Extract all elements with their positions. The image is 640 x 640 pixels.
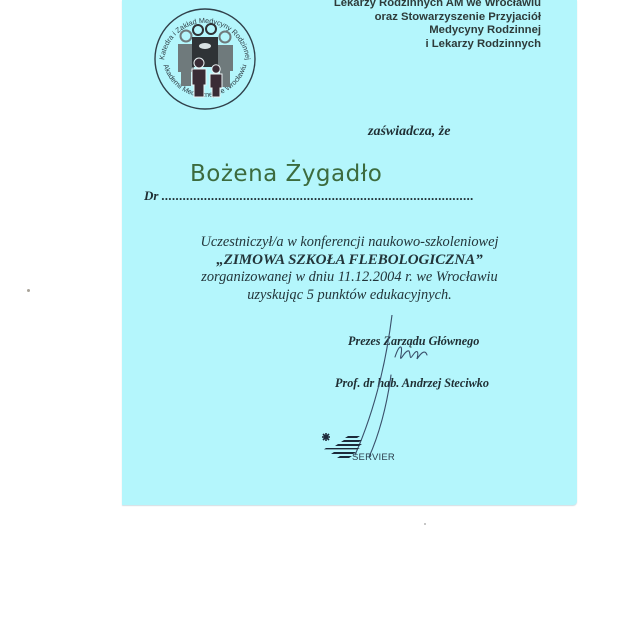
signatory-role: Prezes Zarządu Głównego: [348, 334, 479, 349]
recipient-prefix: Dr: [144, 188, 158, 203]
certificate-page: Lekarzy Rodzinnych AM we Wrocławiu oraz …: [122, 0, 577, 505]
certificate-body: Uczestniczył/a w konferencji naukowo-szk…: [122, 234, 577, 304]
body-line: zorganizowanej w dniu 11.12.2004 r. we W…: [122, 269, 577, 287]
body-line: uzyskując 5 punktów edukacyjnych.: [122, 287, 577, 305]
issuer-block: Lekarzy Rodzinnych AM we Wrocławiu oraz …: [334, 0, 541, 51]
sponsor-label: SERVIER: [352, 452, 395, 463]
recipient-name: Bożena Żygadło: [190, 161, 382, 187]
issuer-line: oraz Stowarzyszenie Przyjaciół: [334, 11, 541, 25]
body-line: Uczestniczył/a w konferencji naukowo-szk…: [122, 234, 577, 252]
family-group-icon: Katedra i Zakład Medycyny Rodzinnej Akad…: [152, 6, 258, 112]
recipient-line: Dr .....................................…: [144, 188, 514, 204]
scan-speck: [27, 289, 30, 292]
conference-title: „ZIMOWA SZKOŁA FLEBOLOGICZNA”: [122, 252, 577, 270]
dotted-line: ........................................…: [162, 188, 474, 203]
issuer-line: Medycyny Rodzinnej: [334, 24, 541, 38]
scan-speck: [424, 523, 426, 525]
issuer-line: i Lekarzy Rodzinnych: [334, 38, 541, 52]
signatory-name: Prof. dr hab. Andrzej Steciwko: [335, 376, 489, 391]
attests-label: zaświadcza, że: [368, 124, 450, 140]
issuer-line: Lekarzy Rodzinnych AM we Wrocławiu: [334, 0, 541, 11]
